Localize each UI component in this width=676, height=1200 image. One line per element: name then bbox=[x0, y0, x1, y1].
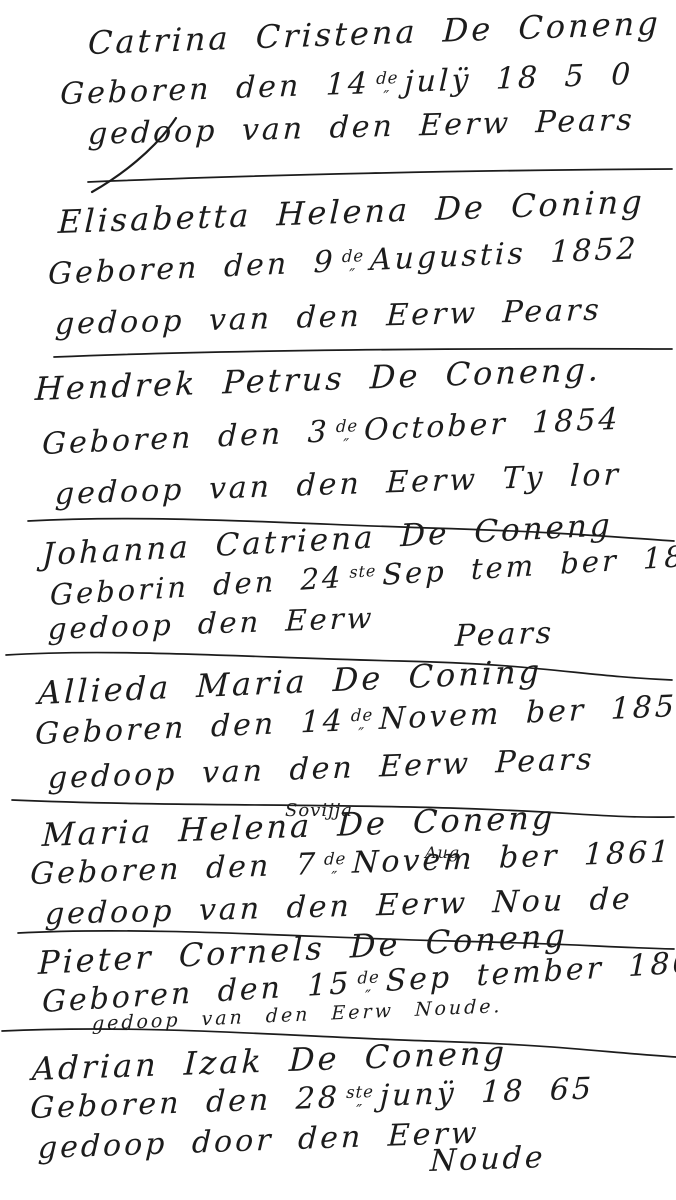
scanned-register-page: Catrina Cristena De Coneng Geboren den 1… bbox=[0, 0, 676, 1200]
ditto-mark: ″ bbox=[343, 436, 350, 452]
entry-6-month-insertion: Aug bbox=[425, 843, 460, 862]
ordinal-suffix: ste″ bbox=[345, 1084, 374, 1118]
ordinal-suffix: de″ bbox=[335, 418, 358, 452]
entry-6-name-insertion: Sovijja bbox=[285, 800, 353, 821]
birth-date-rest: julÿ 18 5 0 bbox=[404, 57, 634, 100]
ditto-mark: ″ bbox=[349, 266, 356, 282]
ditto-mark: ″ bbox=[358, 725, 365, 741]
ordinal-suffix: ste bbox=[349, 563, 376, 582]
birth-date-rest: junÿ 18 65 bbox=[379, 1071, 594, 1114]
ordinal-suffix: de″ bbox=[375, 70, 398, 104]
entry-8-minister-name: Noude bbox=[429, 1141, 546, 1178]
rule-line bbox=[88, 169, 672, 182]
entry-4-minister-name: Pears bbox=[454, 617, 554, 654]
ordinal-suffix: de″ bbox=[341, 248, 364, 282]
ordinal-suffix: de″ bbox=[357, 969, 380, 1004]
ditto-mark: ″ bbox=[331, 869, 338, 885]
ditto-mark: ″ bbox=[383, 88, 390, 104]
ordinal-suffix: de″ bbox=[350, 707, 373, 741]
ditto-mark: ″ bbox=[356, 1102, 363, 1118]
ordinal-suffix: de″ bbox=[323, 851, 346, 885]
